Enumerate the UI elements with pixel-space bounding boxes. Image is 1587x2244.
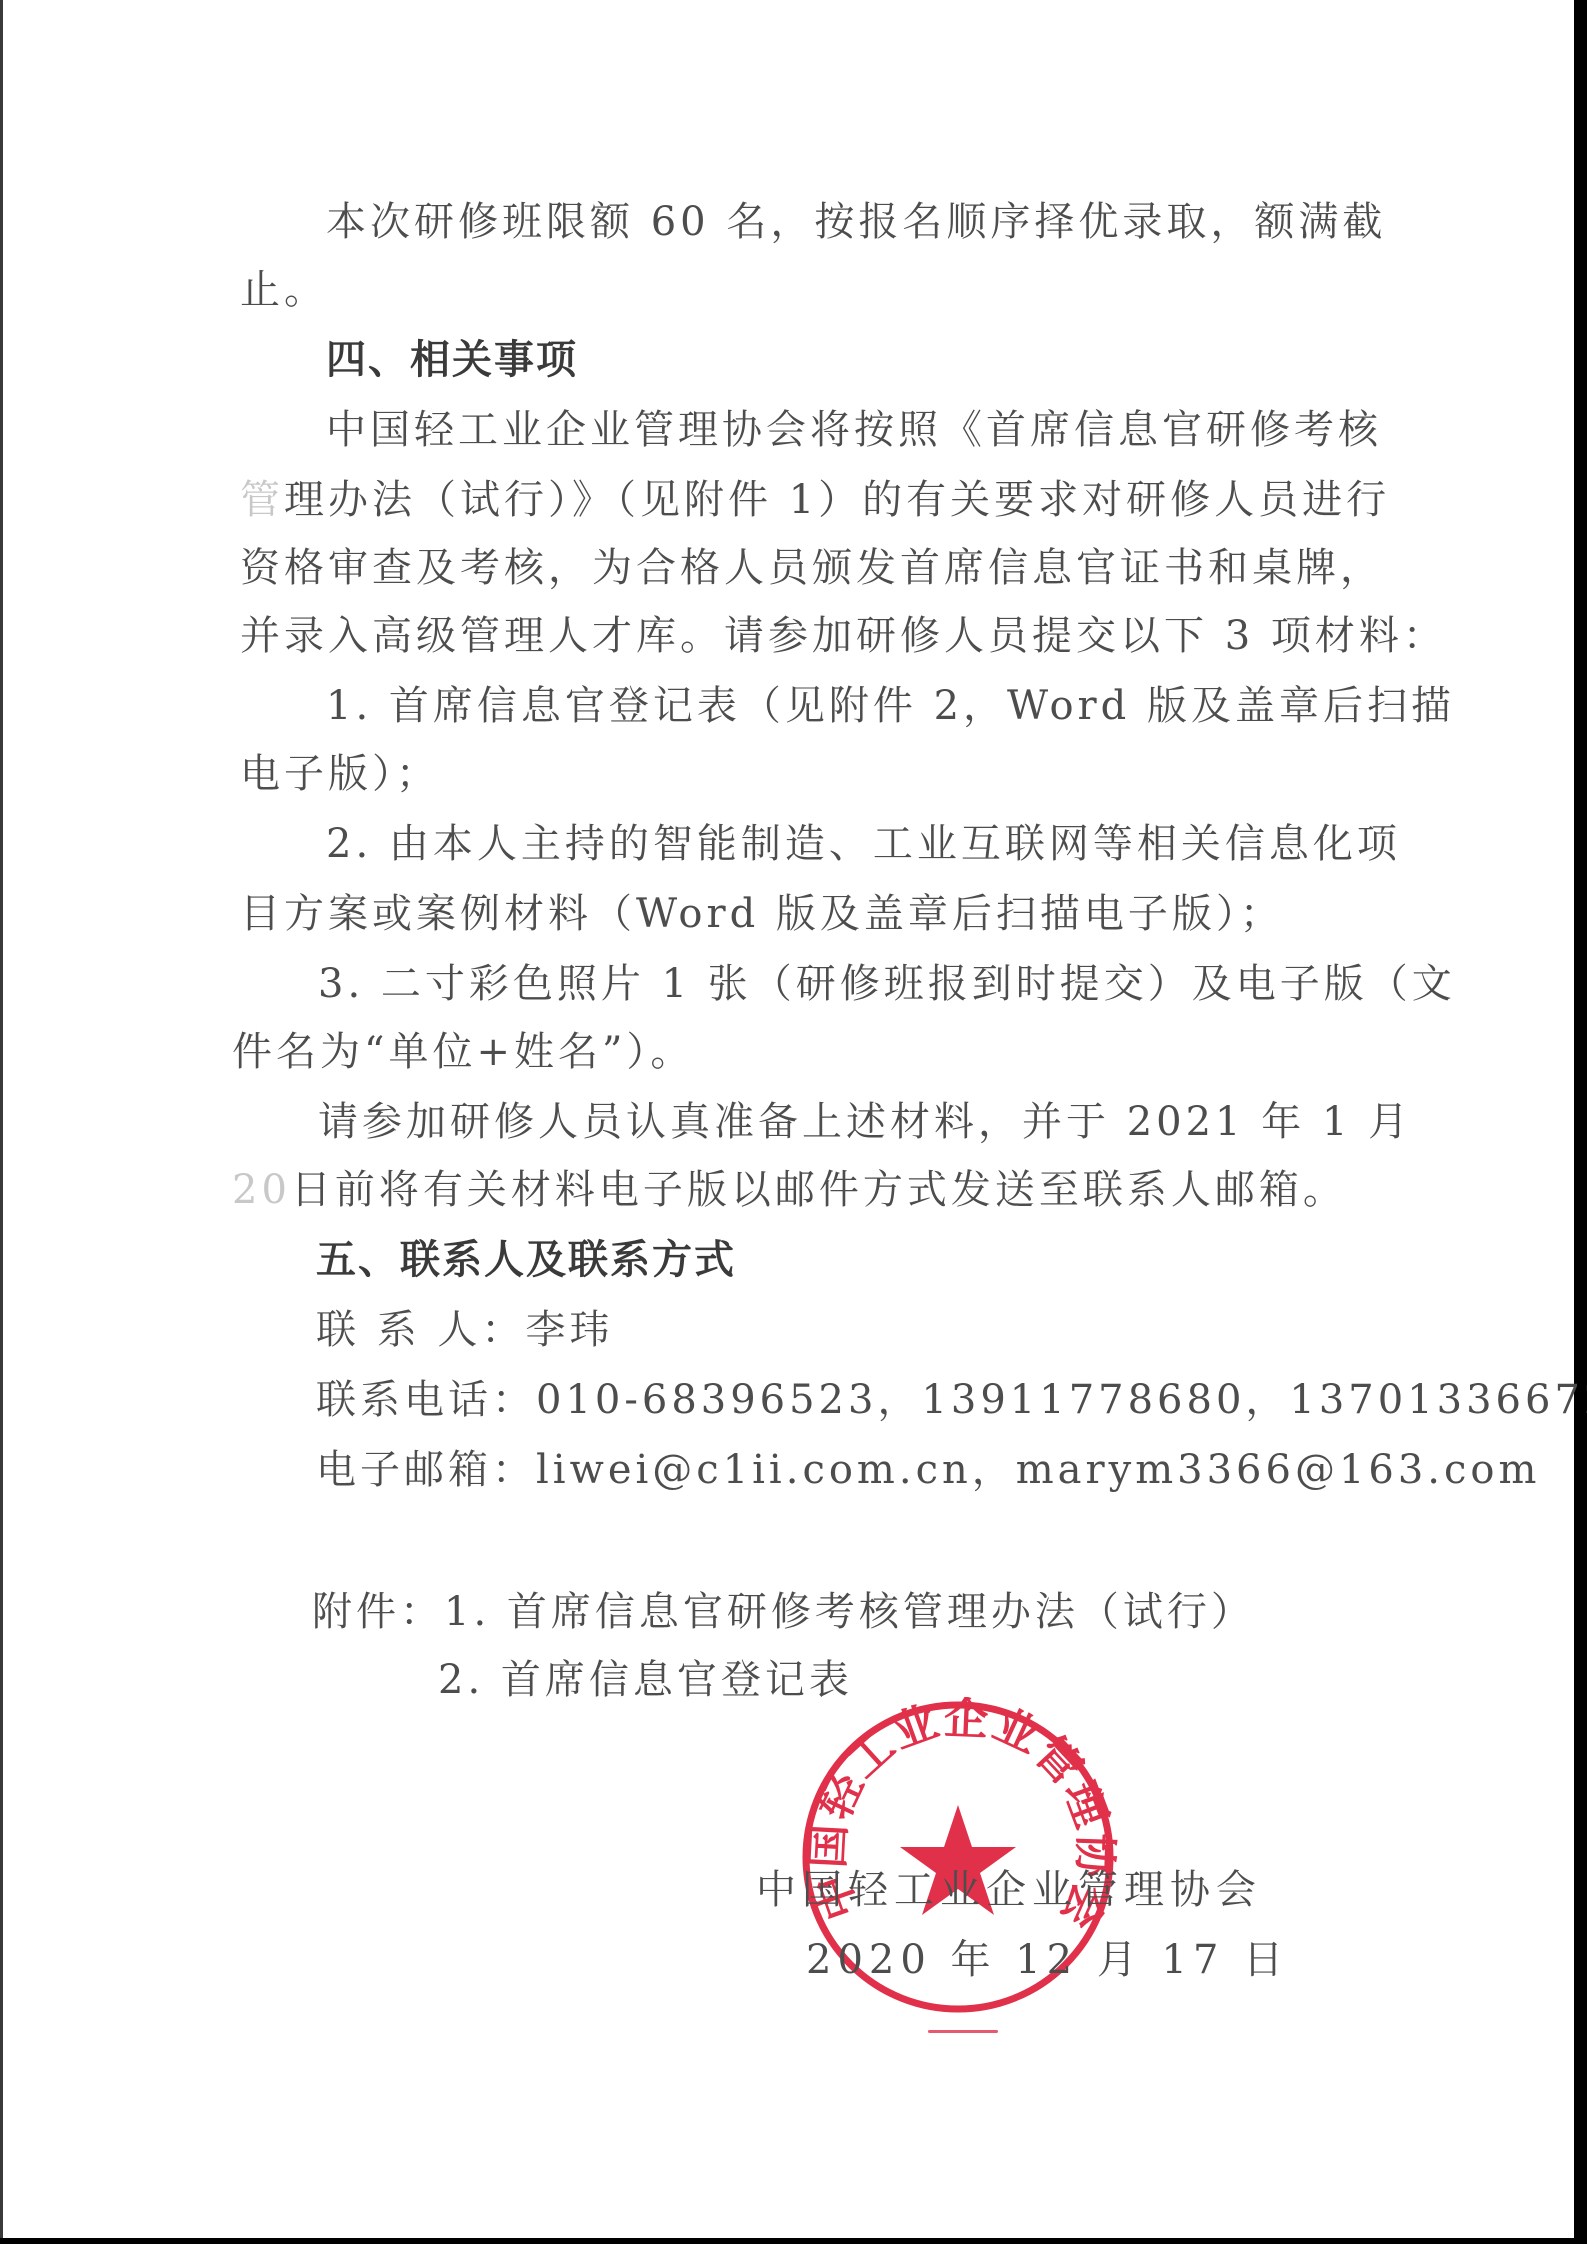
list-item-1-cont: 电子版）； bbox=[240, 750, 440, 798]
attachment-item: 1. 首席信息官研修考核管理办法（试行） bbox=[444, 1589, 1255, 1635]
email-label: 电子邮箱： bbox=[316, 1447, 536, 1493]
scan-border-bottom bbox=[0, 2238, 1587, 2244]
paragraph-line: 本次研修班限额 60 名，按报名顺序择优录取，额满截 bbox=[326, 198, 1386, 246]
signature-organization: 中国轻工业企业管理协会 bbox=[756, 1866, 1262, 1914]
contact-person-row: 联 系 人：李玮 bbox=[316, 1306, 613, 1354]
paragraph-line: 资格审查及考核，为合格人员颁发首席信息官证书和桌牌， bbox=[240, 544, 1384, 592]
faint-chars: 20 bbox=[232, 1167, 291, 1213]
paragraph-line: 20日前将有关材料电子版以邮件方式发送至联系人邮箱。 bbox=[232, 1166, 1347, 1214]
contact-phone-row: 联系电话：010-68396523，13911778680，1370133667… bbox=[316, 1376, 1587, 1424]
section-heading-5: 五、联系人及联系方式 bbox=[316, 1236, 736, 1284]
attachment-row-2: 2. 首席信息官登记表 bbox=[438, 1656, 853, 1704]
attachment-row-1: 附件：1. 首席信息官研修考核管理办法（试行） bbox=[312, 1588, 1255, 1636]
signature-date: 2020 年 12 月 17 日 bbox=[806, 1936, 1289, 1984]
phone-numbers: 010-68396523，13911778680，13701336672 bbox=[536, 1377, 1587, 1423]
section-heading-4: 四、相关事项 bbox=[326, 336, 578, 384]
contact-label: 联 系 人： bbox=[316, 1307, 525, 1353]
paragraph-line: 止。 bbox=[240, 266, 328, 314]
list-item-3: 3. 二寸彩色照片 1 张（研修班报到时提交）及电子版（文 bbox=[318, 960, 1456, 1008]
contact-name: 李玮 bbox=[525, 1307, 613, 1353]
phone-label: 联系电话： bbox=[316, 1377, 536, 1423]
attachments-label: 附件： bbox=[312, 1589, 444, 1635]
paragraph-line: 管理办法（试行）》（见附件 1）的有关要求对研修人员进行 bbox=[240, 476, 1390, 524]
scan-border-right bbox=[1574, 0, 1587, 2244]
email-addresses: liwei@c1ii.com.cn，marym3366@163.com bbox=[536, 1447, 1540, 1493]
list-item-1: 1. 首席信息官登记表（见附件 2，Word 版及盖章后扫描 bbox=[326, 682, 1455, 730]
paragraph-line: 请参加研修人员认真准备上述材料，并于 2021 年 1 月 bbox=[318, 1098, 1412, 1146]
list-item-3-cont: 件名为“单位+姓名”）。 bbox=[232, 1028, 694, 1076]
list-item-2: 2. 由本人主持的智能制造、工业互联网等相关信息化项 bbox=[326, 820, 1401, 868]
seal-underline bbox=[928, 2030, 998, 2033]
paragraph-line: 中国轻工业企业管理协会将按照《首席信息官研修考核 bbox=[326, 406, 1382, 454]
list-item-2-cont: 目方案或案例材料（Word 版及盖章后扫描电子版）； bbox=[240, 890, 1284, 938]
paragraph-line: 并录入高级管理人才库。请参加研修人员提交以下 3 项材料： bbox=[240, 612, 1447, 660]
document-page: 本次研修班限额 60 名，按报名顺序择优录取，额满截 止。 四、相关事项 中国轻… bbox=[0, 0, 1574, 2238]
contact-email-row: 电子邮箱：liwei@c1ii.com.cn，marym3366@163.com bbox=[316, 1446, 1540, 1494]
faint-char: 管 bbox=[240, 477, 284, 523]
